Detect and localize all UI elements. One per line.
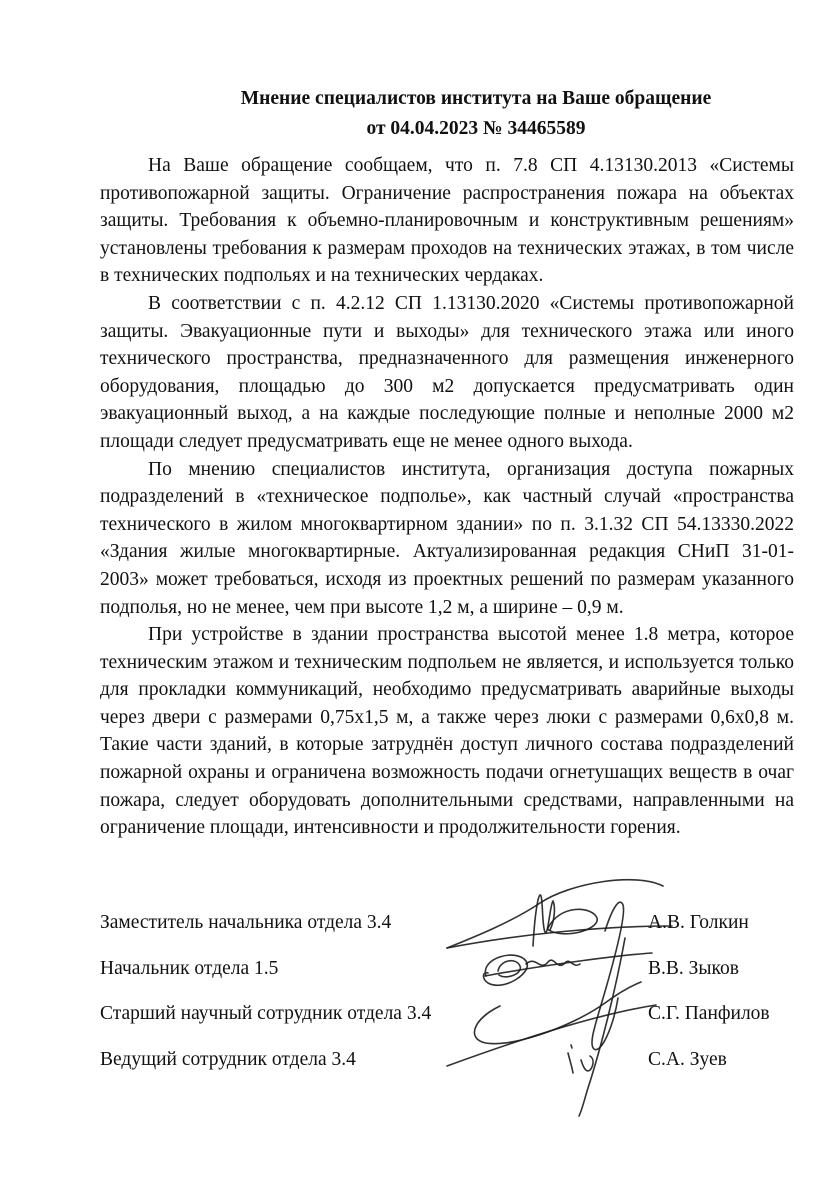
signature-block: Заместитель начальника отдела 3.4 А.В. Г… (100, 912, 800, 1094)
signature-row: Старший научный сотрудник отдела 3.4 С.Г… (100, 1003, 800, 1049)
body-paragraph: В соответствии с п. 4.2.12 СП 1.13130.20… (100, 290, 794, 456)
signature-row: Заместитель начальника отдела 3.4 А.В. Г… (100, 912, 800, 958)
body-paragraph: При устройстве в здании пространства выс… (100, 621, 794, 842)
body-paragraph: На Ваше обращение сообщаем, что п. 7.8 С… (100, 152, 794, 290)
signer-name: В.В. Зыков (648, 958, 800, 980)
signature-row: Ведущий сотрудник отдела 3.4 С.А. Зуев (100, 1049, 800, 1095)
signer-name: С.Г. Панфилов (648, 1003, 800, 1025)
document-title-line1: Мнение специалистов института на Ваше об… (158, 84, 794, 114)
signer-role: Ведущий сотрудник отдела 3.4 (100, 1049, 648, 1071)
signer-role: Старший научный сотрудник отдела 3.4 (100, 1003, 648, 1025)
signer-name: С.А. Зуев (648, 1049, 800, 1071)
body-paragraph: По мнению специалистов института, органи… (100, 456, 794, 622)
signer-role: Заместитель начальника отдела 3.4 (100, 912, 648, 934)
document-title: Мнение специалистов института на Ваше об… (100, 84, 794, 144)
document-page: Мнение специалистов института на Ваше об… (0, 0, 836, 1200)
signature-row: Начальник отдела 1.5 В.В. Зыков (100, 958, 800, 1004)
document-body: На Ваше обращение сообщаем, что п. 7.8 С… (100, 152, 794, 842)
document-title-line2: от 04.04.2023 № 34465589 (158, 114, 794, 144)
signer-role: Начальник отдела 1.5 (100, 958, 648, 980)
signer-name: А.В. Голкин (648, 912, 800, 934)
